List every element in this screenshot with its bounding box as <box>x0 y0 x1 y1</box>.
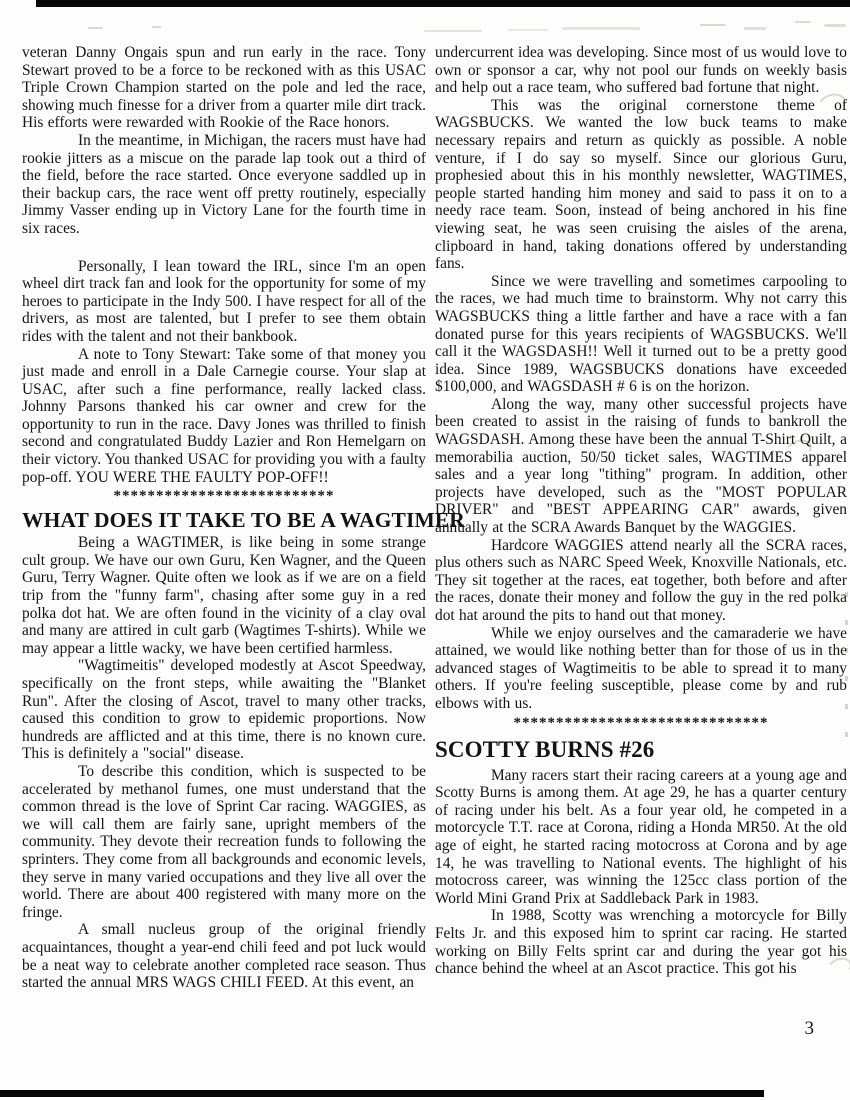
paragraph: Hardcore WAGGIES attend nearly all the S… <box>435 537 847 625</box>
scan-artifact <box>508 29 548 31</box>
section-heading-scotty-burns: SCOTTY BURNS #26 <box>435 735 847 765</box>
right-column: undercurrent idea was developing. Since … <box>435 44 847 992</box>
scan-artifact-top-bar <box>36 0 850 7</box>
paragraph-gap <box>22 238 426 258</box>
newsletter-page: veteran Danny Ongais spun and run early … <box>0 0 850 1100</box>
paragraph: This was the original cornerstone theme … <box>435 97 847 273</box>
asterisk-separator: ************************** <box>22 488 426 505</box>
paragraph: While we enjoy ourselves and the camarad… <box>435 625 847 713</box>
paragraph: undercurrent idea was developing. Since … <box>435 44 847 97</box>
scan-artifact <box>795 21 811 23</box>
scan-artifact <box>700 24 726 26</box>
scan-artifact <box>152 26 161 28</box>
left-column: veteran Danny Ongais spun and run early … <box>22 44 426 992</box>
paragraph: "Wagtimeitis" developed modestly at Asco… <box>22 657 426 763</box>
paragraph: Being a WAGTIMER, is like being in some … <box>22 534 426 657</box>
paragraph: Many racers start their racing careers a… <box>435 767 847 908</box>
page-number: 3 <box>805 1018 815 1040</box>
paragraph: In 1988, Scotty was wrenching a motorcyc… <box>435 907 847 977</box>
scan-artifact <box>88 27 103 29</box>
paragraph: Along the way, many other successful pro… <box>435 396 847 537</box>
paragraph: Personally, I lean toward the IRL, since… <box>22 258 426 346</box>
paragraph: veteran Danny Ongais spun and run early … <box>22 44 426 132</box>
scan-artifact-bottom-bar <box>0 1090 764 1097</box>
section-heading-wagtimer: WHAT DOES IT TAKE TO BE A WAGTIMER <box>22 507 426 533</box>
paragraph: In the meantime, in Michigan, the racers… <box>22 132 426 238</box>
two-column-layout: veteran Danny Ongais spun and run early … <box>22 44 847 992</box>
scan-artifact <box>424 30 482 32</box>
scan-artifact <box>562 27 640 30</box>
paragraph: Since we were travelling and sometimes c… <box>435 273 847 396</box>
paragraph: To describe this condition, which is sus… <box>22 763 426 921</box>
paragraph: A small nucleus group of the original fr… <box>22 921 426 991</box>
paragraph: A note to Tony Stewart: Take some of tha… <box>22 346 426 487</box>
asterisk-separator: ****************************** <box>435 715 847 732</box>
scan-artifact <box>824 24 846 27</box>
scan-artifact <box>744 27 766 30</box>
